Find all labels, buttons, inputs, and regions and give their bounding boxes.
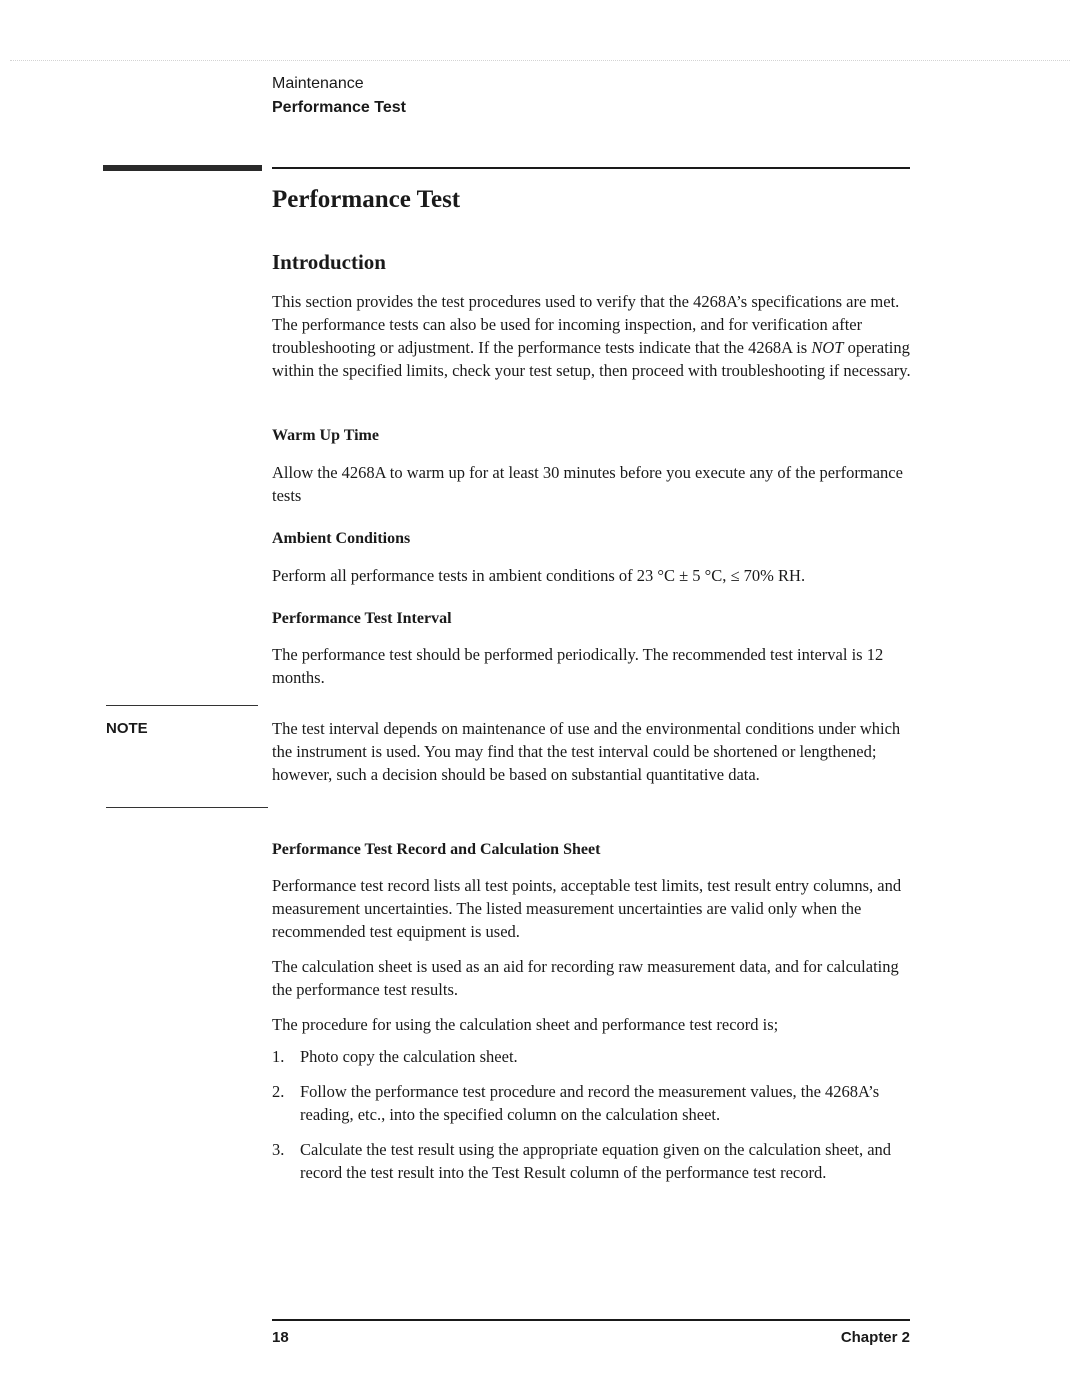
interval-paragraph: The performance test should be performed…: [272, 643, 912, 689]
running-head-section: Performance Test: [272, 96, 406, 120]
scan-edge-dots: [10, 60, 1070, 61]
footer-rule: [272, 1319, 910, 1321]
introduction-heading: Introduction: [272, 250, 386, 275]
list-item: 3. Calculate the test result using the a…: [272, 1138, 912, 1184]
introduction-paragraph: This section provides the test procedure…: [272, 290, 912, 382]
record-sheet-paragraph: Performance test record lists all test p…: [272, 874, 912, 943]
step-number: 2.: [272, 1080, 284, 1103]
record-sheet-heading: Performance Test Record and Calculation …: [272, 841, 600, 859]
procedure-steps: 1. Photo copy the calculation sheet. 2. …: [272, 1045, 912, 1196]
note-rule-bottom: [106, 807, 268, 808]
step-number: 1.: [272, 1045, 284, 1068]
record-sheet-paragraph: The procedure for using the calculation …: [272, 1013, 912, 1036]
intro-emphasis: NOT: [811, 338, 843, 357]
ambient-paragraph: Perform all performance tests in ambient…: [272, 564, 912, 587]
section-marker-bar: [103, 165, 262, 171]
note-body: The test interval depends on maintenance…: [272, 717, 912, 786]
intro-text-part: This section provides the test procedure…: [272, 292, 899, 357]
running-head-chapter: Maintenance: [272, 72, 406, 96]
record-sheet-paragraph: The calculation sheet is used as an aid …: [272, 955, 912, 1001]
interval-heading: Performance Test Interval: [272, 610, 452, 628]
warm-up-paragraph: Allow the 4268A to warm up for at least …: [272, 461, 912, 507]
list-item: 2. Follow the performance test procedure…: [272, 1080, 912, 1126]
ambient-heading: Ambient Conditions: [272, 530, 410, 548]
page-title: Performance Test: [272, 186, 460, 214]
warm-up-heading: Warm Up Time: [272, 427, 379, 445]
step-text: Photo copy the calculation sheet.: [300, 1047, 518, 1066]
note-rule-top: [106, 705, 258, 706]
page-number: 18: [272, 1329, 289, 1346]
footer-chapter: Chapter 2: [841, 1329, 910, 1346]
step-text: Calculate the test result using the appr…: [300, 1140, 891, 1182]
list-item: 1. Photo copy the calculation sheet.: [272, 1045, 912, 1068]
step-number: 3.: [272, 1138, 284, 1161]
running-head: Maintenance Performance Test: [272, 72, 406, 120]
note-label: NOTE: [106, 720, 148, 737]
step-text: Follow the performance test procedure an…: [300, 1082, 879, 1124]
section-rule: [272, 167, 910, 169]
